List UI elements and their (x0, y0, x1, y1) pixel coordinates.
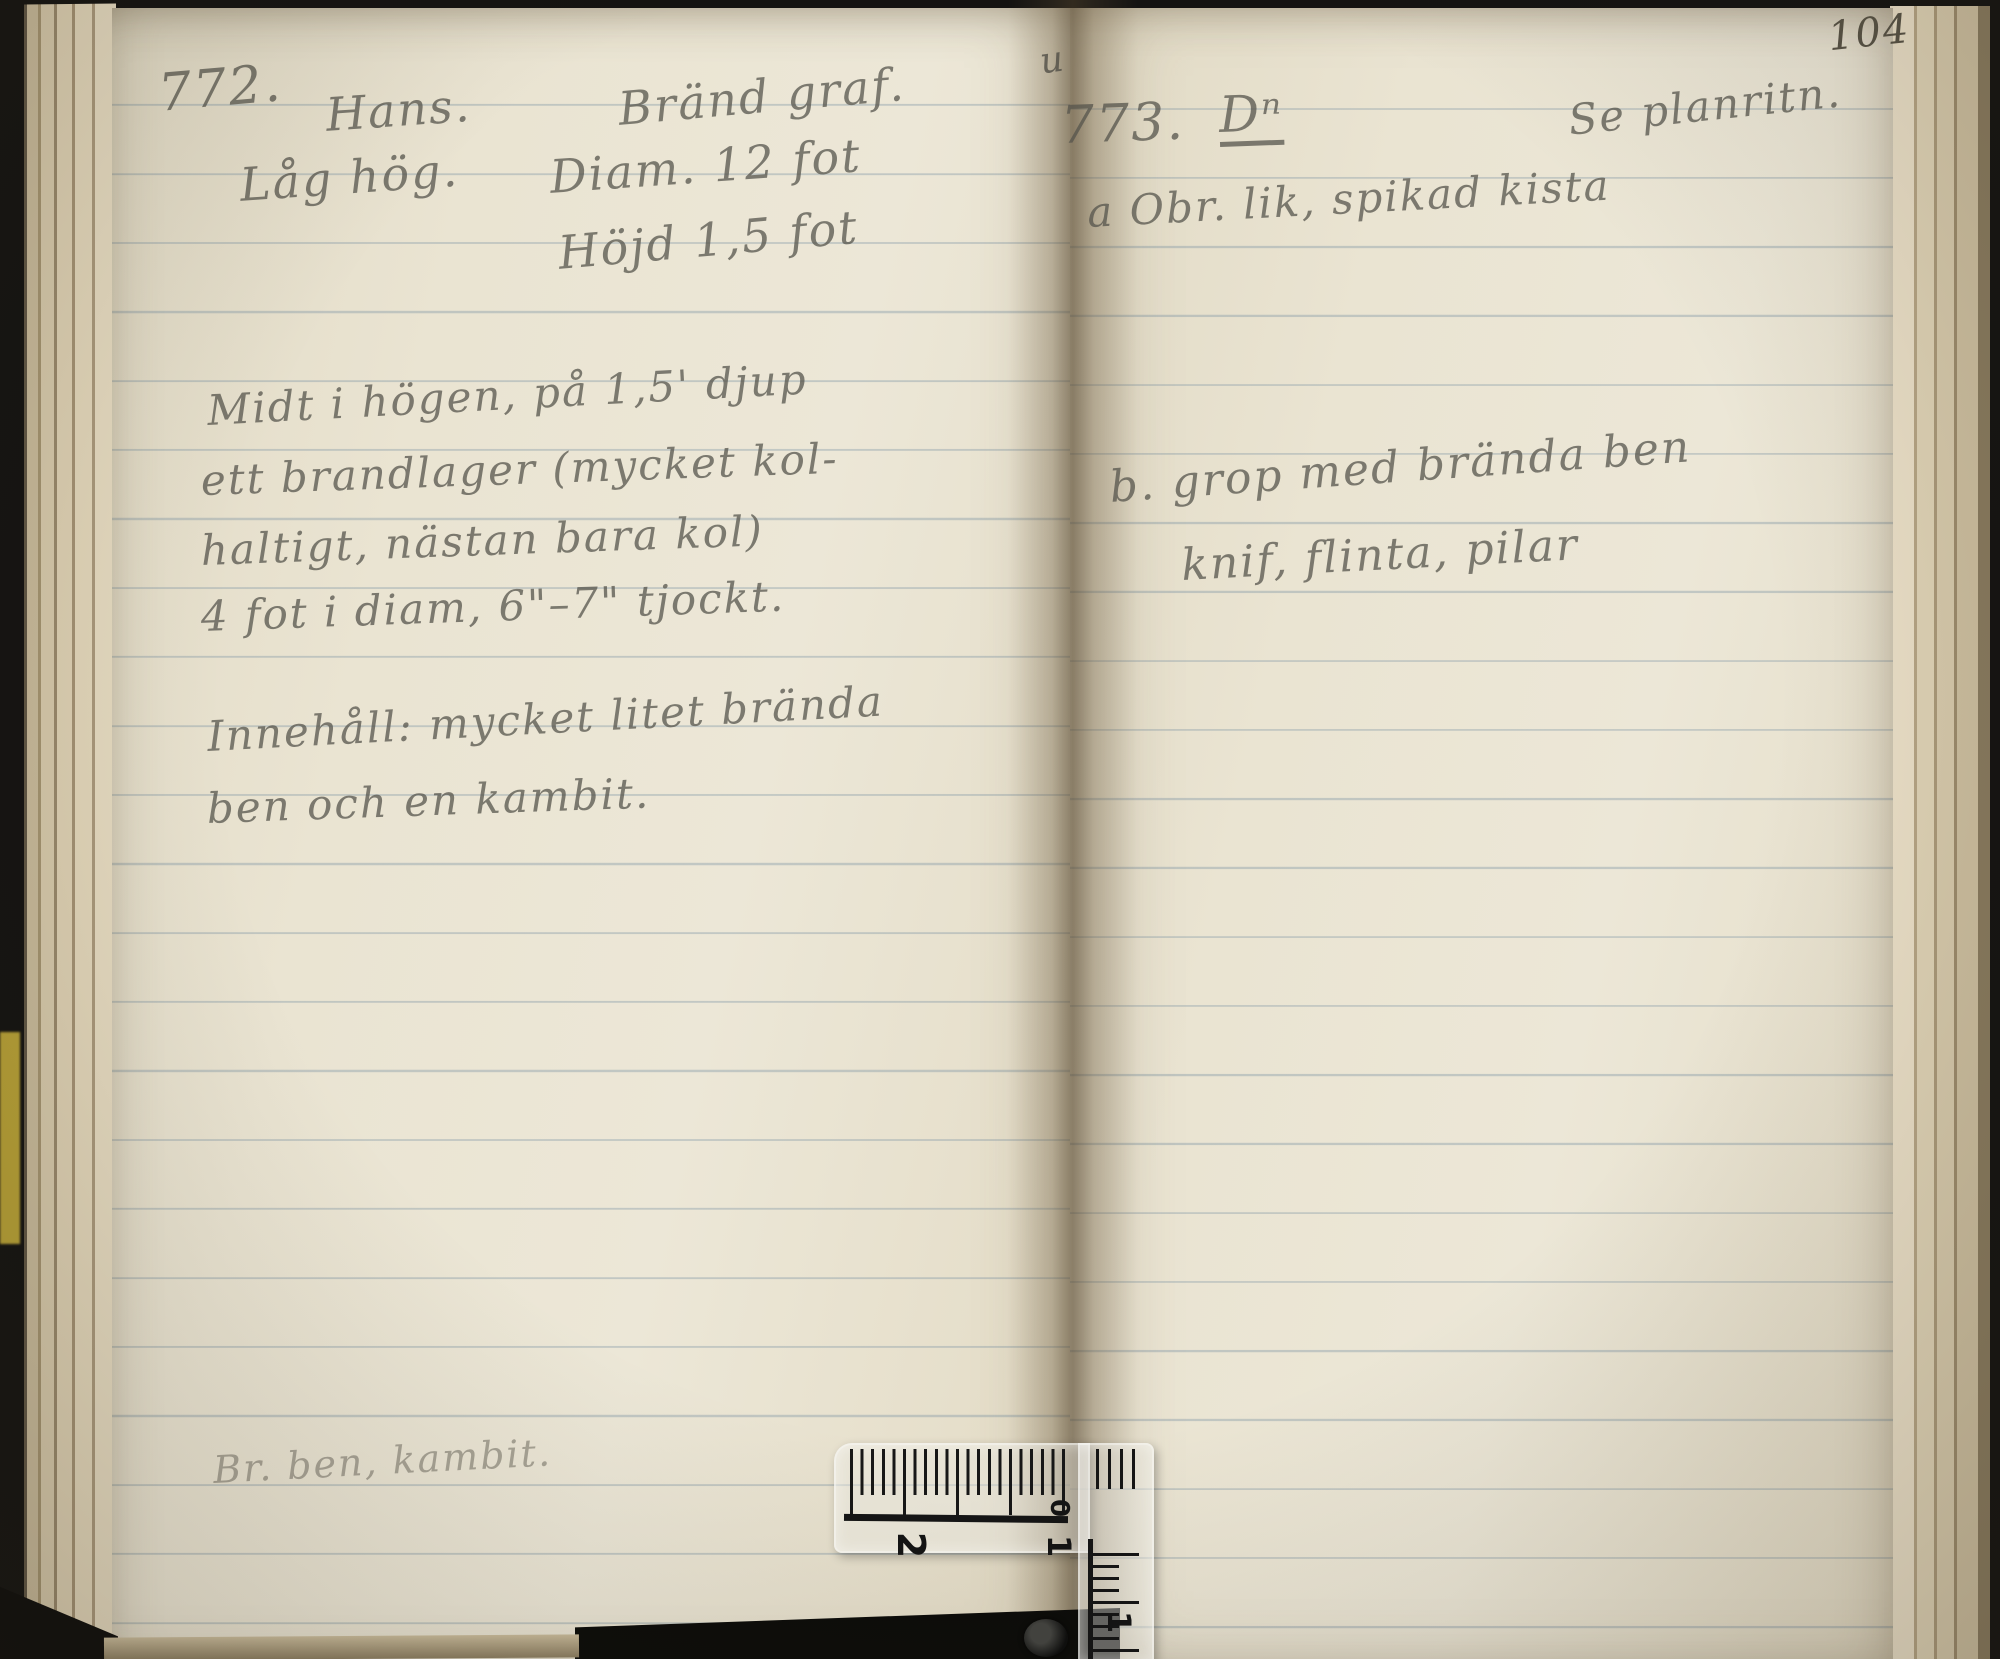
ruler-vertical-major-ticks (1093, 1553, 1139, 1659)
ruler-hanging-hole (1024, 1619, 1068, 1657)
entry-772-site: Hans. (324, 78, 473, 142)
ruler-label-1-vertical: 1 (1100, 1611, 1138, 1633)
entry-773-number: 773. (1060, 92, 1186, 156)
page-number: 104 (1826, 6, 1913, 60)
right-page-edge-stack (1890, 6, 1990, 1659)
transparent-ruler: 2 0 1 1 (826, 1435, 1156, 1659)
left-page-edge-stack (24, 4, 116, 1659)
notebook-right-page (1070, 8, 1893, 1659)
entry-772-number: 772. (156, 53, 285, 124)
yellow-cover-sliver (0, 1032, 20, 1244)
ruler-cm-major-ticks (850, 1449, 1065, 1515)
entry-773-site: Dⁿ (1218, 84, 1284, 144)
ruler-label-0: 0 (1044, 1499, 1074, 1517)
ruler-label-2: 2 (889, 1532, 933, 1558)
ruler-label-1-corner: 1 (1040, 1535, 1078, 1557)
left-page-bottom-edge (104, 1634, 579, 1659)
ruler-inch-tick-marks (1096, 1449, 1144, 1489)
